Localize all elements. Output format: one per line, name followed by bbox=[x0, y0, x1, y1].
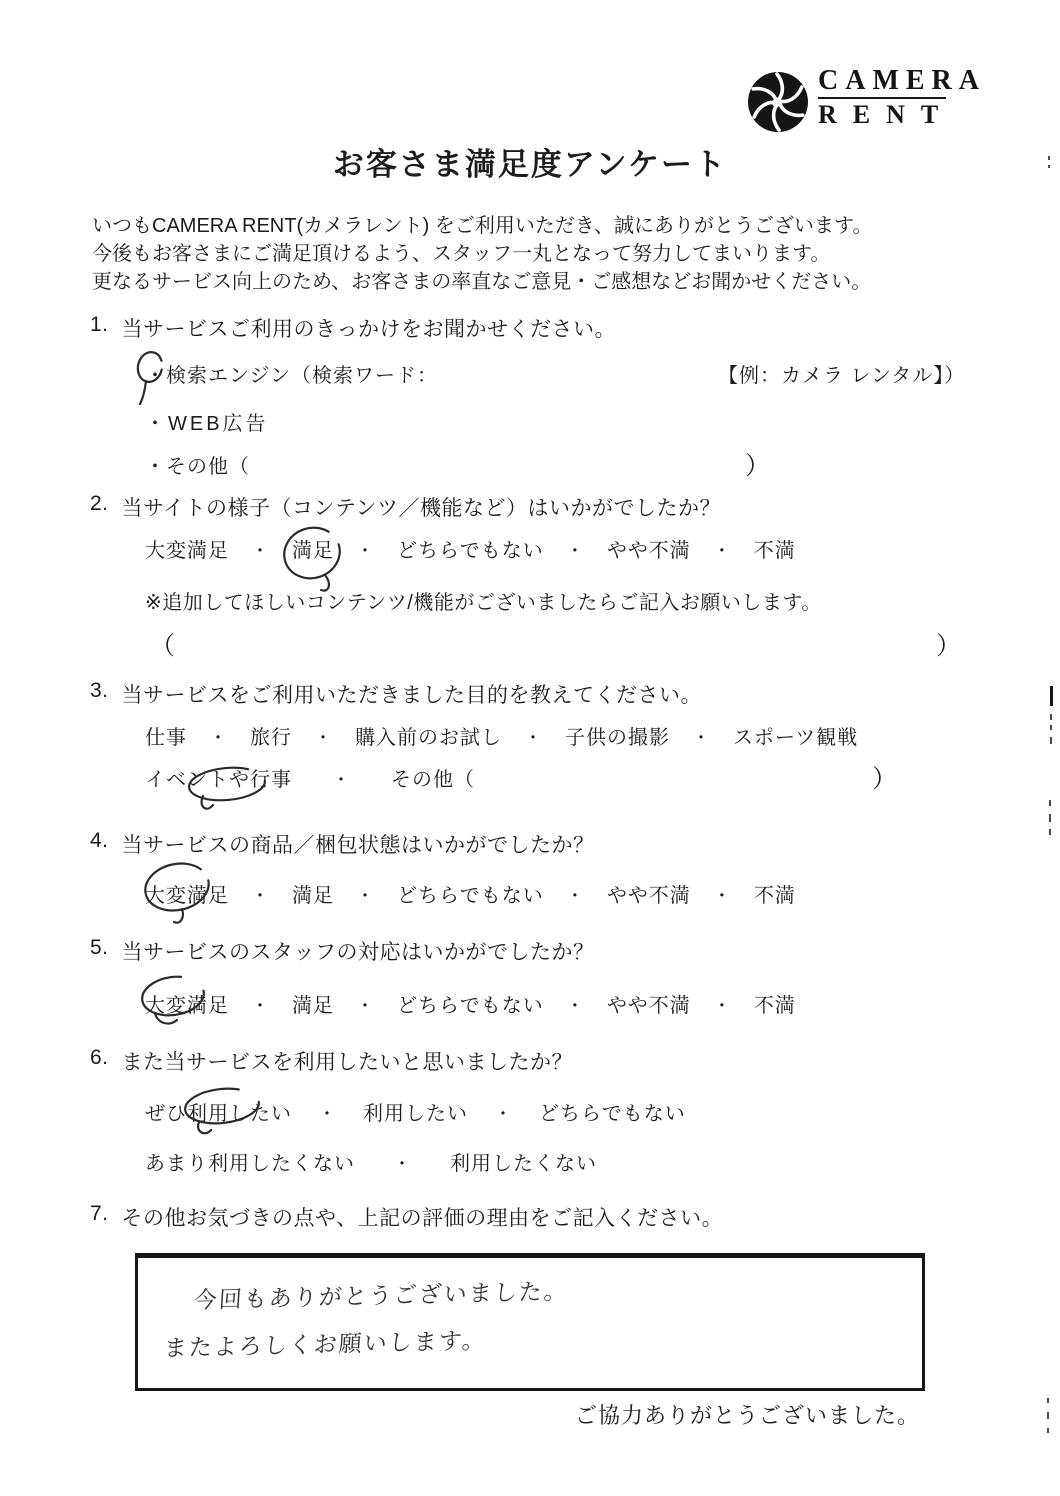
q2-option-dissatisfied: 不満 bbox=[754, 534, 796, 563]
q6-option-rather-not-use: あまり利用したくない bbox=[145, 1147, 355, 1176]
question-2-heading: 2. 当サイトの様子（コンテンツ／機能など）はいかがでしたか？ bbox=[90, 492, 721, 522]
q3-options-row-1: 仕事 ・ 旅行 ・ 購入前のお試し ・ 子供の撮影 ・ スポーツ観戦 bbox=[145, 721, 858, 750]
q2-options-row: 大変満足 ・ 満足 ・ どちらでもない ・ やや不満 ・ 不満 bbox=[145, 534, 796, 563]
question-4-heading: 4. 当サービスの商品／梱包状態はいかがでしたか？ bbox=[90, 829, 595, 859]
option-separator: ・ bbox=[251, 882, 270, 908]
q3-option-trial: 購入前のお試し bbox=[355, 721, 502, 750]
option-separator: ・ bbox=[494, 1100, 513, 1126]
question-4-text: 当サービスの商品／梱包状態はいかがでしたか？ bbox=[122, 829, 595, 859]
scanned-survey-page: CAMERA RENT お客さま満足度アンケート いつもCAMERA RENT(… bbox=[0, 0, 1060, 1496]
footer-thanks: ご協力ありがとうございました。 bbox=[560, 1399, 920, 1430]
option-separator: ・ bbox=[332, 766, 351, 792]
camera-aperture-icon bbox=[746, 70, 810, 134]
q6-options-row-2: あまり利用したくない ・ 利用したくない bbox=[145, 1147, 597, 1176]
q1-other-close-paren: ） bbox=[745, 446, 770, 482]
option-separator: ・ bbox=[713, 537, 732, 563]
question-7-text: その他お気づきの点や、上記の評価の理由をご記入ください。 bbox=[122, 1202, 724, 1232]
q2-selection-circle-mark bbox=[276, 522, 356, 600]
question-5-number: 5. bbox=[90, 936, 109, 966]
option-separator: ・ bbox=[713, 992, 732, 1018]
q1-option-search-engine: ・検索エンジン（検索ワード： bbox=[145, 359, 438, 388]
option-separator: ・ bbox=[356, 882, 375, 908]
option-separator: ・ bbox=[251, 537, 270, 563]
option-separator: ・ bbox=[393, 1150, 412, 1176]
question-3-heading: 3. 当サービスをご利用いただきました目的を教えてください。 bbox=[90, 679, 702, 709]
q5-option-somewhat-dissatisfied: やや不満 bbox=[607, 989, 691, 1018]
q4-option-dissatisfied: 不満 bbox=[754, 879, 796, 908]
option-separator: ・ bbox=[524, 724, 543, 750]
option-separator: ・ bbox=[356, 992, 375, 1018]
q3-option-sports: スポーツ観戦 bbox=[733, 721, 858, 750]
intro-paragraph: いつもCAMERA RENT(カメラレント) をご利用いただき、誠にありがとうご… bbox=[92, 212, 872, 296]
q2-option-neutral: どちらでもない bbox=[397, 534, 544, 563]
intro-line-3: 更なるサービス向上のため、お客さまの率直なご意見・ご感想などお聞かせください。 bbox=[92, 268, 872, 296]
q3-option-other: その他（ bbox=[391, 763, 475, 792]
q4-selection-circle-mark bbox=[139, 860, 225, 928]
question-2-number: 2. bbox=[90, 492, 109, 522]
question-1-number: 1. bbox=[90, 313, 109, 343]
q3-option-work: 仕事 bbox=[145, 721, 187, 750]
q1-option-web-ad: ・WEB広告 bbox=[145, 407, 269, 436]
q4-option-somewhat-dissatisfied: やや不満 bbox=[607, 879, 691, 908]
q6-option-neutral: どちらでもない bbox=[539, 1097, 686, 1126]
handwritten-comment-line-1: 今回もありがとうございました。 bbox=[193, 1273, 570, 1315]
q2-blank-open-paren: （ bbox=[150, 626, 175, 662]
option-separator: ・ bbox=[318, 1100, 337, 1126]
question-6-heading: 6. また当サービスを利用したいと思いましたか？ bbox=[90, 1046, 573, 1076]
q2-blank-close-paren: ） bbox=[936, 626, 961, 662]
logo-line2: RENT bbox=[818, 101, 986, 129]
logo-divider bbox=[818, 97, 946, 99]
q1-search-example: 【例：カメラ レンタル】） bbox=[718, 359, 965, 388]
comment-box: 今回もありがとうございました。 またよろしくお願いします。 bbox=[135, 1253, 925, 1391]
question-4-number: 4. bbox=[90, 829, 109, 859]
option-separator: ・ bbox=[356, 537, 375, 563]
question-6-text: また当サービスを利用したいと思いましたか？ bbox=[122, 1046, 574, 1076]
question-7-heading: 7. その他お気づきの点や、上記の評価の理由をご記入ください。 bbox=[90, 1202, 723, 1232]
q3-option-travel: 旅行 bbox=[250, 721, 292, 750]
question-3-text: 当サービスをご利用いただきました目的を教えてください。 bbox=[122, 679, 703, 709]
q6-option-not-use: 利用したくない bbox=[450, 1147, 597, 1176]
logo-wordmark: CAMERA RENT bbox=[818, 66, 986, 129]
q3-selection-circle-mark bbox=[182, 762, 278, 820]
q4-option-neutral: どちらでもない bbox=[397, 879, 544, 908]
q3-other-close-paren: ） bbox=[872, 759, 897, 795]
question-2-text: 当サイトの様子（コンテンツ／機能など）はいかがでしたか？ bbox=[122, 492, 721, 522]
question-1-heading: 1. 当サービスご利用のきっかけをお聞かせください。 bbox=[90, 313, 616, 343]
option-separator: ・ bbox=[713, 882, 732, 908]
option-separator: ・ bbox=[566, 882, 585, 908]
option-separator: ・ bbox=[209, 724, 228, 750]
q5-option-satisfied: 満足 bbox=[292, 989, 334, 1018]
q2-note: ※追加してほしいコンテンツ/機能がございましたらご記入お願いします。 bbox=[145, 586, 822, 615]
q5-option-dissatisfied: 不満 bbox=[754, 989, 796, 1018]
page-title: お客さま満足度アンケート bbox=[0, 139, 1060, 184]
question-3-number: 3. bbox=[90, 679, 109, 709]
q1-option-search-engine-label: 検索エンジン（検索ワード： bbox=[166, 365, 438, 387]
q2-option-very-satisfied: 大変満足 bbox=[145, 534, 229, 563]
q5-option-neutral: どちらでもない bbox=[397, 989, 544, 1018]
intro-line-1: いつもCAMERA RENT(カメラレント) をご利用いただき、誠にありがとうご… bbox=[92, 212, 872, 240]
option-separator: ・ bbox=[314, 724, 333, 750]
question-5-heading: 5. 当サービスのスタッフの対応はいかがでしたか？ bbox=[90, 936, 595, 966]
q4-option-satisfied: 満足 bbox=[292, 879, 334, 908]
question-1-text: 当サービスご利用のきっかけをお聞かせください。 bbox=[122, 313, 617, 343]
intro-line-2: 今後もお客さまにご満足頂けるよう、スタッフ一丸となって努力してまいります。 bbox=[92, 240, 872, 268]
q5-options-row: 大変満足 ・ 満足 ・ どちらでもない ・ やや不満 ・ 不満 bbox=[145, 989, 796, 1018]
logo bbox=[746, 70, 810, 139]
q5-selection-circle-mark bbox=[136, 974, 222, 1034]
q2-option-somewhat-dissatisfied: やや不満 bbox=[607, 534, 691, 563]
q4-options-row: 大変満足 ・ 満足 ・ どちらでもない ・ やや不満 ・ 不満 bbox=[145, 879, 796, 908]
q6-option-use: 利用したい bbox=[363, 1097, 468, 1126]
option-separator: ・ bbox=[692, 724, 711, 750]
question-6-number: 6. bbox=[90, 1046, 109, 1076]
option-separator: ・ bbox=[251, 992, 270, 1018]
option-separator: ・ bbox=[566, 992, 585, 1018]
question-7-number: 7. bbox=[90, 1202, 109, 1232]
q3-option-kids-photo: 子供の撮影 bbox=[565, 721, 670, 750]
q1-option-other: ・その他（ bbox=[145, 450, 250, 479]
question-5-text: 当サービスのスタッフの対応はいかがでしたか？ bbox=[122, 936, 595, 966]
q6-selection-circle-mark bbox=[176, 1084, 274, 1142]
q1-selection-circle-mark bbox=[131, 349, 169, 409]
option-separator: ・ bbox=[566, 537, 585, 563]
logo-line1: CAMERA bbox=[818, 66, 986, 96]
handwritten-comment-line-2: またよろしくお願いします。 bbox=[163, 1322, 488, 1363]
